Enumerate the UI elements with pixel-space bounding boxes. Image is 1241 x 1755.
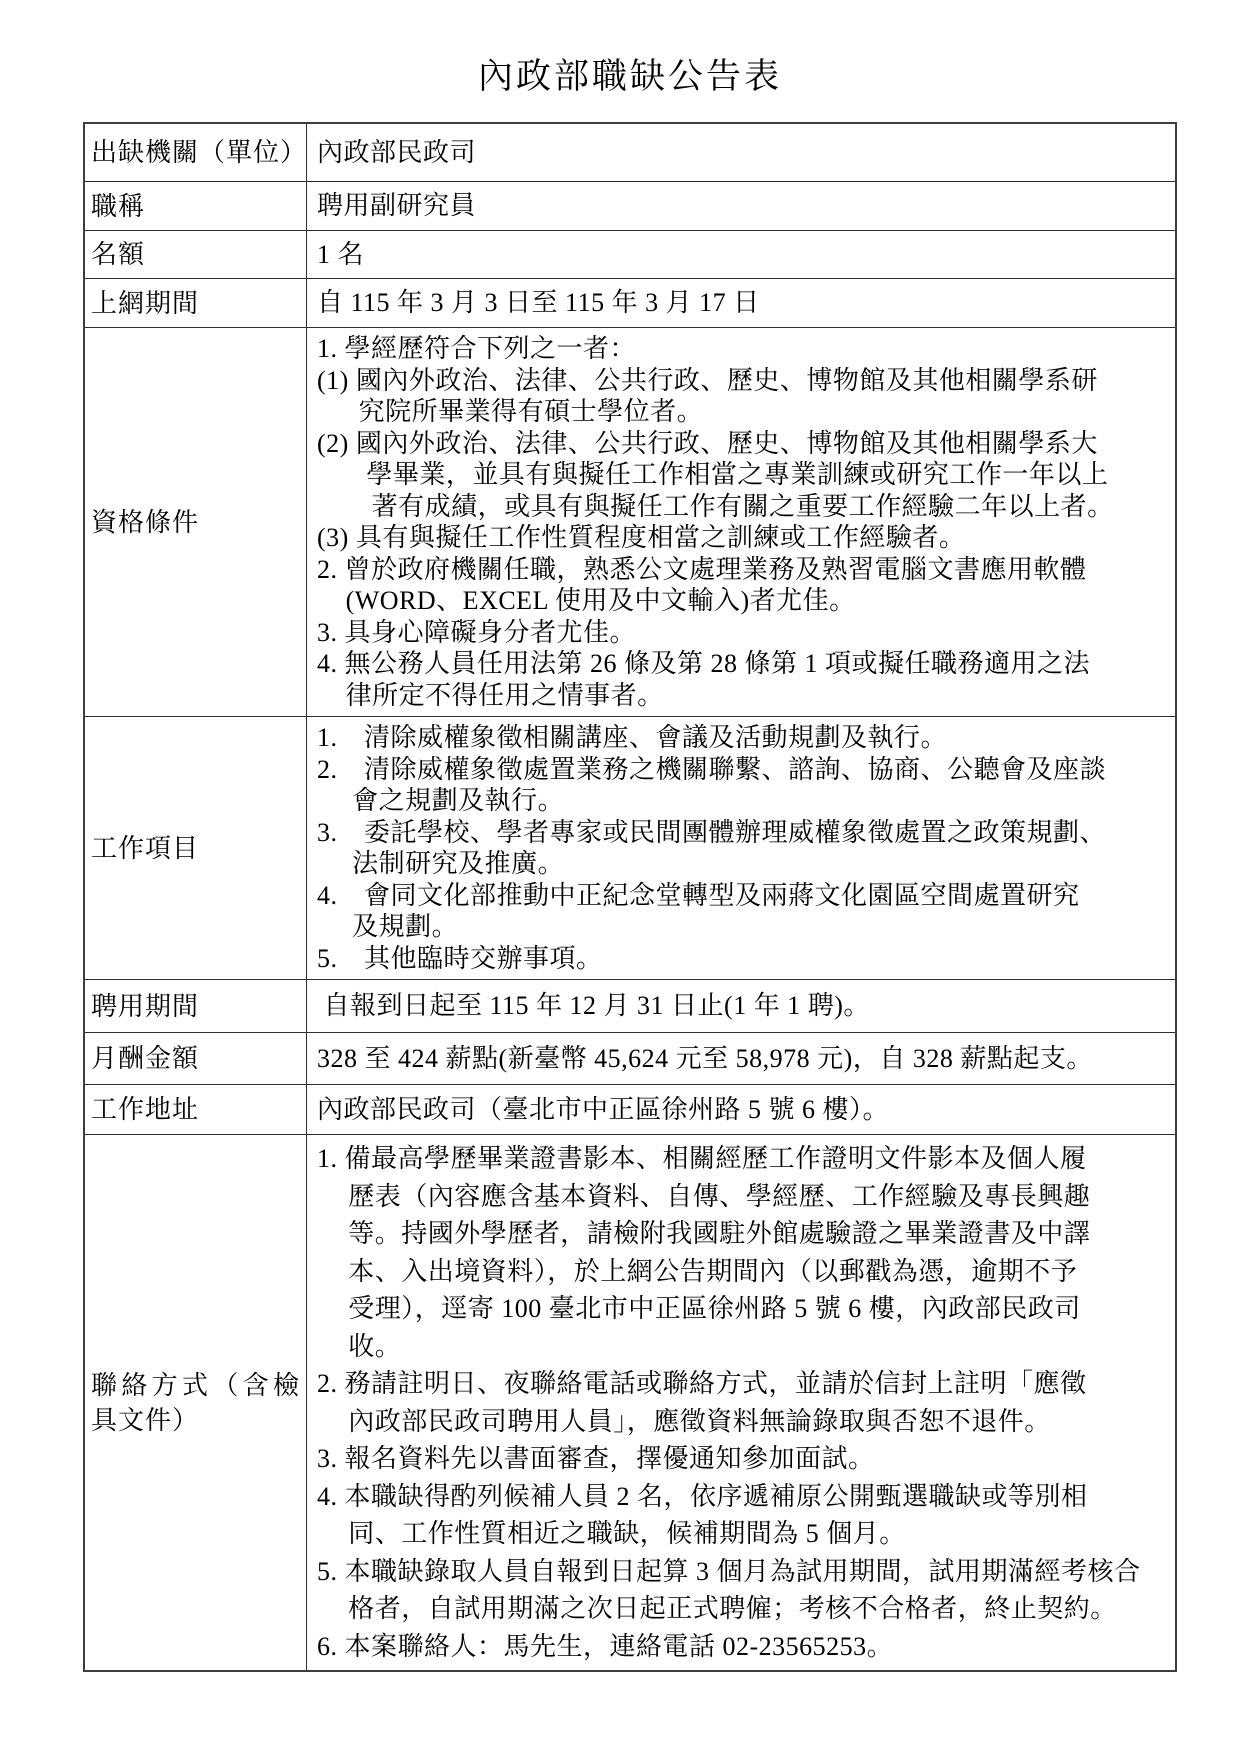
table-row: 聯絡方式（含檢具文件）1. 備最高學歷畢業證書影本、相關經歷工作證明文件影本及個… xyxy=(85,1134,1175,1670)
row-label: 工作項目 xyxy=(85,717,307,979)
value-line: 1. 備最高學歷畢業證書影本、相關經歷工作證明文件影本及個人履 xyxy=(317,1140,1165,1178)
value-line: 受理），逕寄 100 臺北市中正區徐州路 5 號 6 樓，內政部民政司 xyxy=(317,1290,1165,1328)
table-row: 職稱聘用副研究員 xyxy=(85,181,1175,230)
value-line: 2. 清除威權象徵處置業務之機關聯繫、諮詢、協商、公聽會及座談 xyxy=(317,754,1165,786)
value-line: 1. 清除威權象徵相關講座、會議及活動規劃及執行。 xyxy=(317,722,1165,754)
table-row: 資格條件1. 學經歷符合下列之一者：(1) 國內外政治、法律、公共行政、歷史、博… xyxy=(85,327,1175,716)
value-line: 3. 具身心障礙身分者尤佳。 xyxy=(317,617,1165,649)
table-row: 上網期間自 115 年 3 月 3 日至 115 年 3 月 17 日 xyxy=(85,278,1175,327)
row-value: 1. 備最高學歷畢業證書影本、相關經歷工作證明文件影本及個人履歷表（內容應含基本… xyxy=(307,1135,1175,1670)
vacancy-table: 出缺機關（單位）內政部民政司職稱聘用副研究員名額1 名上網期間自 115 年 3… xyxy=(83,122,1177,1672)
row-label: 資格條件 xyxy=(85,328,307,716)
row-label: 出缺機關（單位） xyxy=(85,124,307,181)
value-line: 自報到日起至 115 年 12 月 31 日止(1 年 1 聘)。 xyxy=(317,989,1165,1023)
value-line: 5. 本職缺錄取人員自報到日起算 3 個月為試用期間，試用期滿經考核合 xyxy=(317,1553,1165,1591)
value-line: 會之規劃及執行。 xyxy=(317,785,1165,817)
value-line: 2. 曾於政府機關任職，熟悉公文處理業務及熟習電腦文書應用軟體 xyxy=(317,554,1165,586)
row-value: 1. 清除威權象徵相關講座、會議及活動規劃及執行。2. 清除威權象徵處置業務之機… xyxy=(307,717,1175,979)
table-row: 工作項目1. 清除威權象徵相關講座、會議及活動規劃及執行。2. 清除威權象徵處置… xyxy=(85,716,1175,979)
value-line: 學畢業，並具有與擬任工作相當之專業訓練或研究工作一年以上 xyxy=(317,459,1165,491)
value-line: 3. 報名資料先以書面審查，擇優通知參加面試。 xyxy=(317,1440,1165,1478)
value-line: 著有成績，或具有與擬任工作有關之重要工作經驗二年以上者。 xyxy=(317,491,1165,523)
value-line: 2. 務請註明日、夜聯絡電話或聯絡方式，並請於信封上註明「應徵 xyxy=(317,1365,1165,1403)
value-line: (WORD、EXCEL 使用及中文輸入)者尤佳。 xyxy=(317,585,1165,617)
page-title: 內政部職缺公告表 xyxy=(83,56,1177,98)
value-line: 格者，自試用期滿之次日起正式聘僱；考核不合格者，終止契約。 xyxy=(317,1590,1165,1628)
value-line: 內政部民政司（臺北市中正區徐州路 5 號 6 樓）。 xyxy=(317,1093,1165,1127)
row-label: 聘用期間 xyxy=(85,980,307,1032)
document-page: 內政部職缺公告表 出缺機關（單位）內政部民政司職稱聘用副研究員名額1 名上網期間… xyxy=(0,0,1241,1755)
value-line: 及規劃。 xyxy=(317,911,1165,943)
row-value: 1. 學經歷符合下列之一者：(1) 國內外政治、法律、公共行政、歷史、博物館及其… xyxy=(307,328,1175,716)
value-line: 1. 學經歷符合下列之一者： xyxy=(317,333,1165,365)
value-line: 3. 委託學校、學者專家或民間團體辦理威權象徵處置之政策規劃、 xyxy=(317,817,1165,849)
value-line: 本、入出境資料），於上網公告期間內（以郵戳為憑，逾期不予 xyxy=(317,1253,1165,1291)
row-label: 上網期間 xyxy=(85,279,307,327)
table-row: 名額1 名 xyxy=(85,230,1175,278)
table-row: 工作地址內政部民政司（臺北市中正區徐州路 5 號 6 樓）。 xyxy=(85,1084,1175,1134)
table-row: 聘用期間自報到日起至 115 年 12 月 31 日止(1 年 1 聘)。 xyxy=(85,979,1175,1032)
value-line: 歷表（內容應含基本資料、自傳、學經歷、工作經驗及專長興趣 xyxy=(317,1178,1165,1216)
table-row: 出缺機關（單位）內政部民政司 xyxy=(85,124,1175,181)
row-value: 聘用副研究員 xyxy=(307,182,1175,230)
value-line: 4. 會同文化部推動中正紀念堂轉型及兩蔣文化園區空間處置研究 xyxy=(317,880,1165,912)
value-line: 法制研究及推廣。 xyxy=(317,848,1165,880)
value-line: 5. 其他臨時交辦事項。 xyxy=(317,943,1165,975)
value-line: 6. 本案聯絡人：馬先生，連絡電話 02-23565253。 xyxy=(317,1628,1165,1666)
row-label: 職稱 xyxy=(85,182,307,230)
value-line: 1 名 xyxy=(317,238,1165,272)
row-value: 自報到日起至 115 年 12 月 31 日止(1 年 1 聘)。 xyxy=(307,980,1175,1032)
value-line: (3) 具有與擬任工作性質程度相當之訓練或工作經驗者。 xyxy=(317,522,1165,554)
value-line: 究院所畢業得有碩士學位者。 xyxy=(317,396,1165,428)
value-line: 等。持國外學歷者，請檢附我國駐外館處驗證之畢業證書及中譯 xyxy=(317,1215,1165,1253)
row-value: 內政部民政司（臺北市中正區徐州路 5 號 6 樓）。 xyxy=(307,1085,1175,1134)
row-value: 自 115 年 3 月 3 日至 115 年 3 月 17 日 xyxy=(307,279,1175,327)
value-line: (1) 國內外政治、法律、公共行政、歷史、博物館及其他相關學系研 xyxy=(317,365,1165,397)
value-line: 內政部民政司聘用人員」，應徵資料無論錄取與否恕不退件。 xyxy=(317,1403,1165,1441)
row-label: 月酬金額 xyxy=(85,1033,307,1084)
row-label: 工作地址 xyxy=(85,1085,307,1134)
value-line: 自 115 年 3 月 3 日至 115 年 3 月 17 日 xyxy=(317,286,1165,320)
value-line: 內政部民政司 xyxy=(317,136,1165,170)
table-row: 月酬金額328 至 424 薪點(新臺幣 45,624 元至 58,978 元)… xyxy=(85,1032,1175,1084)
value-line: 收。 xyxy=(317,1328,1165,1366)
value-line: (2) 國內外政治、法律、公共行政、歷史、博物館及其他相關學系大 xyxy=(317,428,1165,460)
value-line: 4. 本職缺得酌列候補人員 2 名，依序遞補原公開甄選職缺或等別相 xyxy=(317,1478,1165,1516)
value-line: 328 至 424 薪點(新臺幣 45,624 元至 58,978 元)，自 3… xyxy=(317,1042,1165,1076)
row-value: 1 名 xyxy=(307,231,1175,278)
value-line: 律所定不得任用之情事者。 xyxy=(317,680,1165,712)
value-line: 4. 無公務人員任用法第 26 條及第 28 條第 1 項或擬任職務適用之法 xyxy=(317,648,1165,680)
row-label: 聯絡方式（含檢具文件） xyxy=(85,1135,307,1670)
row-value: 內政部民政司 xyxy=(307,124,1175,181)
value-line: 同、工作性質相近之職缺，候補期間為 5 個月。 xyxy=(317,1515,1165,1553)
row-value: 328 至 424 薪點(新臺幣 45,624 元至 58,978 元)，自 3… xyxy=(307,1033,1175,1084)
row-label: 名額 xyxy=(85,231,307,278)
value-line: 聘用副研究員 xyxy=(317,189,1165,223)
